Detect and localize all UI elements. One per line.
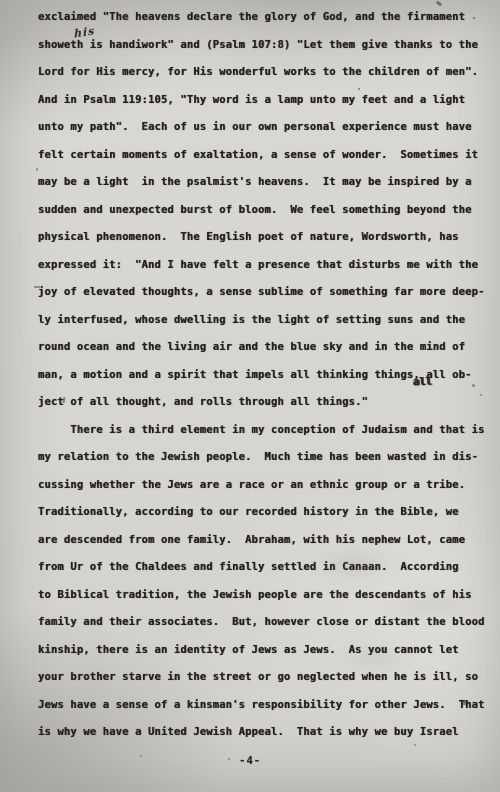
text-line: And in Psalm 119:105, "Thy word is a lam…: [38, 87, 486, 115]
paper-speck: [228, 758, 230, 760]
text-line: sudden and unexpected burst of bloom. We…: [38, 197, 486, 225]
text-line: is why we have a United Jewish Appeal. T…: [38, 719, 486, 747]
text-line: ly interfused, whose dwelling is the lig…: [38, 307, 486, 335]
text-line: Lord for His mercy, for His wonderful wo…: [38, 59, 486, 87]
text-line: are descended from one family. Abraham, …: [38, 527, 486, 555]
text-line: may be a light in the psalmist's heavens…: [38, 169, 486, 197]
paper-speck: [463, 700, 466, 705]
paper-speck: [140, 755, 142, 757]
text-line: showeth is handiwork" and (Psalm 107:8) …: [38, 32, 486, 60]
paper-speck: [358, 88, 360, 90]
text-line: unto my path". Each of us in our own per…: [38, 114, 486, 142]
paper-speck: [414, 744, 416, 746]
text-line: family and their associates. But, howeve…: [38, 609, 486, 637]
paper-speck: [473, 17, 475, 19]
text-line: to Biblical tradition, the Jewish people…: [38, 582, 486, 610]
text-line: felt certain moments of exaltation, a se…: [38, 142, 486, 170]
text-line: There is a third element in my conceptio…: [38, 417, 486, 445]
document-page: exclaimed "The heavens declare the glory…: [0, 0, 500, 792]
text-line: cussing whether the Jews are a race or a…: [38, 472, 486, 500]
text-line: exclaimed "The heavens declare the glory…: [38, 4, 486, 32]
paper-speck: [480, 394, 482, 396]
text-line: round ocean and the living air and the b…: [38, 334, 486, 362]
text-line: Jews have a sense of a kinsman's respons…: [38, 692, 486, 720]
text-line: kinship, there is an identity of Jews as…: [38, 637, 486, 665]
page-number: -4-: [0, 755, 500, 767]
text-line: Traditionally, according to our recorded…: [38, 499, 486, 527]
text-line: physical phenomenon. The English poet of…: [38, 224, 486, 252]
overtyped-word: all: [413, 368, 433, 396]
text-line: from Ur of the Chaldees and finally sett…: [38, 554, 486, 582]
text-line: your brother starve in the street or go …: [38, 664, 486, 692]
text-line: joy of elevated thoughts, a sense sublim…: [38, 279, 486, 307]
paper-speck: [36, 168, 38, 171]
text-line: expressed it: "And I have felt a presenc…: [38, 252, 486, 280]
text-line: my relation to the Jewish people. Much t…: [38, 444, 486, 472]
paper-speck: [472, 384, 475, 387]
